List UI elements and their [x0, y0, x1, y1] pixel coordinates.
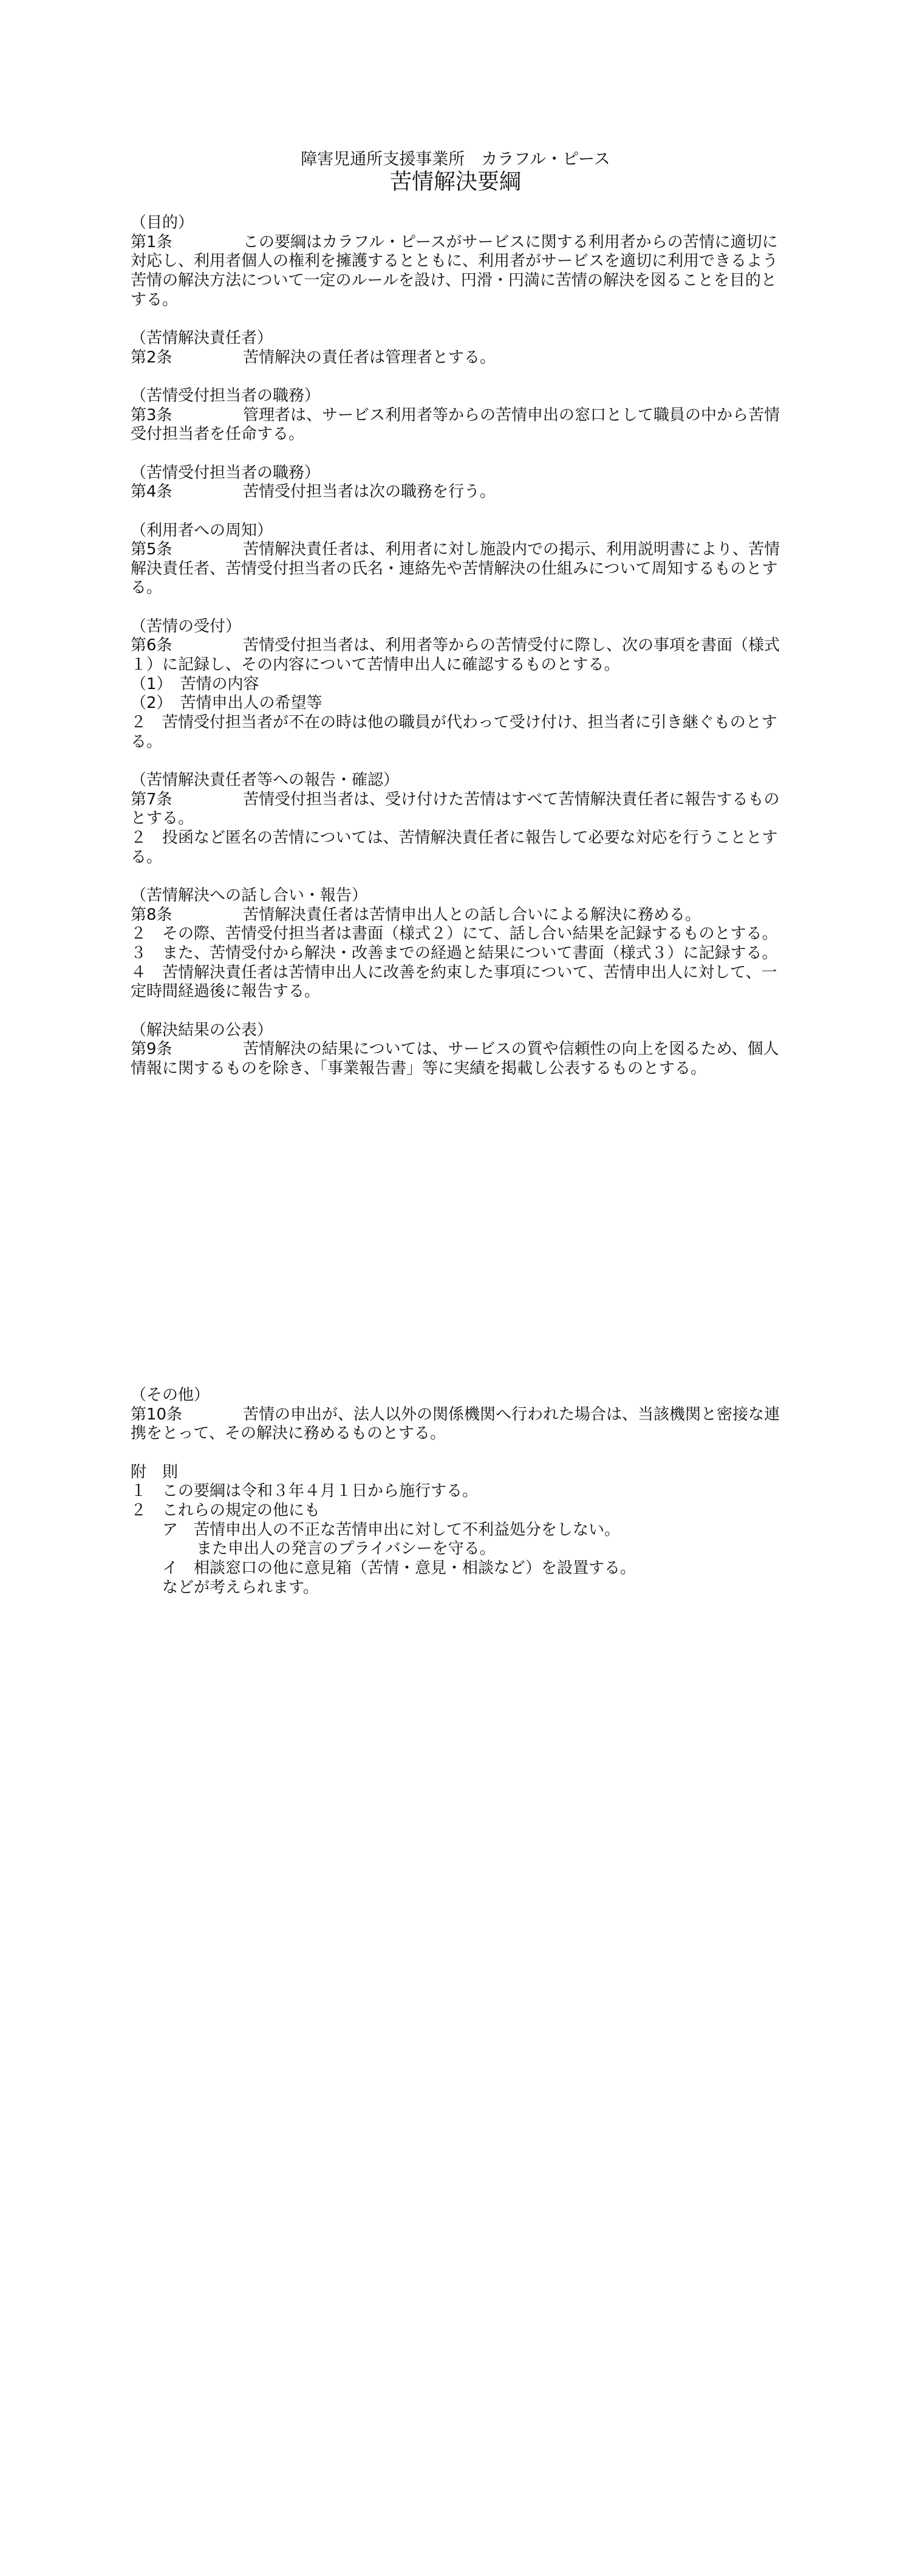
article-number: 第2条	[131, 348, 243, 368]
article-10: 第10条苦情の申出が、法人以外の関係機関へ行われた場合は、当該機関と密接な連携を…	[131, 1405, 786, 1444]
article-text: 苦情解決責任者は苦情申出人との話し合いによる解決に務める。	[243, 906, 701, 924]
article-heading: （その他）	[131, 1386, 786, 1405]
article-6: 第6条苦情受付担当者は、利用者等からの苦情受付に際し、次の事項を書面（様式１）に…	[131, 636, 786, 675]
page-gap	[131, 1079, 786, 1387]
supplementary-item: １ この要綱は令和３年４月１日から施行する。	[131, 1482, 786, 1501]
article-4: 第4条苦情受付担当者は次の職務を行う。	[131, 483, 786, 502]
article-number: 第9条	[131, 1040, 243, 1059]
facility-name: 障害児通所支援事業所 カラフル・ピース	[0, 149, 911, 170]
supplementary-item: ２ これらの規定の他にも	[131, 1501, 786, 1521]
supplementary-heading: 附 則	[131, 1463, 786, 1483]
supplementary-subitem: ア 苦情申出人の不正な苦情申出に対して不利益処分をしない。	[131, 1521, 786, 1540]
paragraph: ４ 苦情解決責任者は苦情申出人に改善を約束した事項について、苦情申出人に対して、…	[131, 963, 786, 1002]
article-number: 第10条	[131, 1405, 243, 1425]
article-heading: （解決結果の公表）	[131, 1021, 786, 1041]
paragraph: ３ また、苦情受付から解決・改善までの経過と結果について書面（様式３）に記録する…	[131, 944, 786, 963]
article-text: 苦情受付担当者は次の職務を行う。	[243, 483, 496, 501]
article-heading: （苦情の受付）	[131, 617, 786, 637]
article-9: 第9条苦情解決の結果については、サービスの質や信頼性の向上を図るため、個人情報に…	[131, 1040, 786, 1078]
article-heading: （利用者への周知）	[131, 522, 786, 541]
paragraph: ２ 投函など匿名の苦情については、苦情解決責任者に報告して必要な対応を行うことと…	[131, 829, 786, 867]
supplementary-subitem-continuation: また申出人の発言のプライバシーを守る。	[131, 1540, 786, 1559]
article-heading: （苦情受付担当者の職務）	[131, 387, 786, 406]
article-number: 第4条	[131, 483, 243, 502]
article-number: 第7条	[131, 790, 243, 810]
article-heading: （苦情解決責任者等への報告・確認）	[131, 771, 786, 790]
article-3: 第3条管理者は、サービス利用者等からの苦情申出の窓口として職員の中から苦情受付担…	[131, 406, 786, 444]
document-title: 苦情解決要綱	[0, 169, 911, 195]
supplementary-subitem: イ 相談窓口の他に意見箱（苦情・意見・相談など）を設置する。	[131, 1559, 786, 1579]
article-heading: （苦情解決への話し合い・報告）	[131, 886, 786, 906]
article-number: 第6条	[131, 636, 243, 656]
article-7: 第7条苦情受付担当者は、受け付けた苦情はすべて苦情解決責任者に報告するものとする…	[131, 790, 786, 829]
article-5: 第5条苦情解決責任者は、利用者に対し施設内での掲示、利用説明書により、苦情解決責…	[131, 540, 786, 598]
list-item: （2） 苦情申出人の希望等	[131, 694, 786, 713]
list-item: （1） 苦情の内容	[131, 675, 786, 695]
article-number: 第3条	[131, 406, 243, 426]
article-heading: （苦情解決責任者）	[131, 329, 786, 348]
paragraph: ２ その際、苦情受付担当者は書面（様式２）にて、話し合い結果を記録するものとする…	[131, 925, 786, 944]
paragraph: ２ 苦情受付担当者が不在の時は他の職員が代わって受け付け、担当者に引き継ぐものと…	[131, 713, 786, 752]
article-8: 第8条苦情解決責任者は苦情申出人との話し合いによる解決に務める。	[131, 906, 786, 925]
supplementary-closing: などが考えられます。	[131, 1579, 786, 1598]
article-1: 第1条この要綱はカラフル・ピースがサービスに関する利用者からの苦情に適切に対応し…	[131, 233, 786, 310]
article-heading: （苦情受付担当者の職務）	[131, 464, 786, 483]
article-2: 第2条苦情解決の責任者は管理者とする。	[131, 348, 786, 368]
article-number: 第5条	[131, 540, 243, 560]
article-number: 第8条	[131, 906, 243, 925]
article-number: 第1条	[131, 233, 243, 253]
article-heading: （目的）	[131, 214, 786, 233]
article-text: 苦情解決の責任者は管理者とする。	[243, 348, 496, 367]
document-body: （目的） 第1条この要綱はカラフル・ピースがサービスに関する利用者からの苦情に適…	[131, 214, 786, 1597]
